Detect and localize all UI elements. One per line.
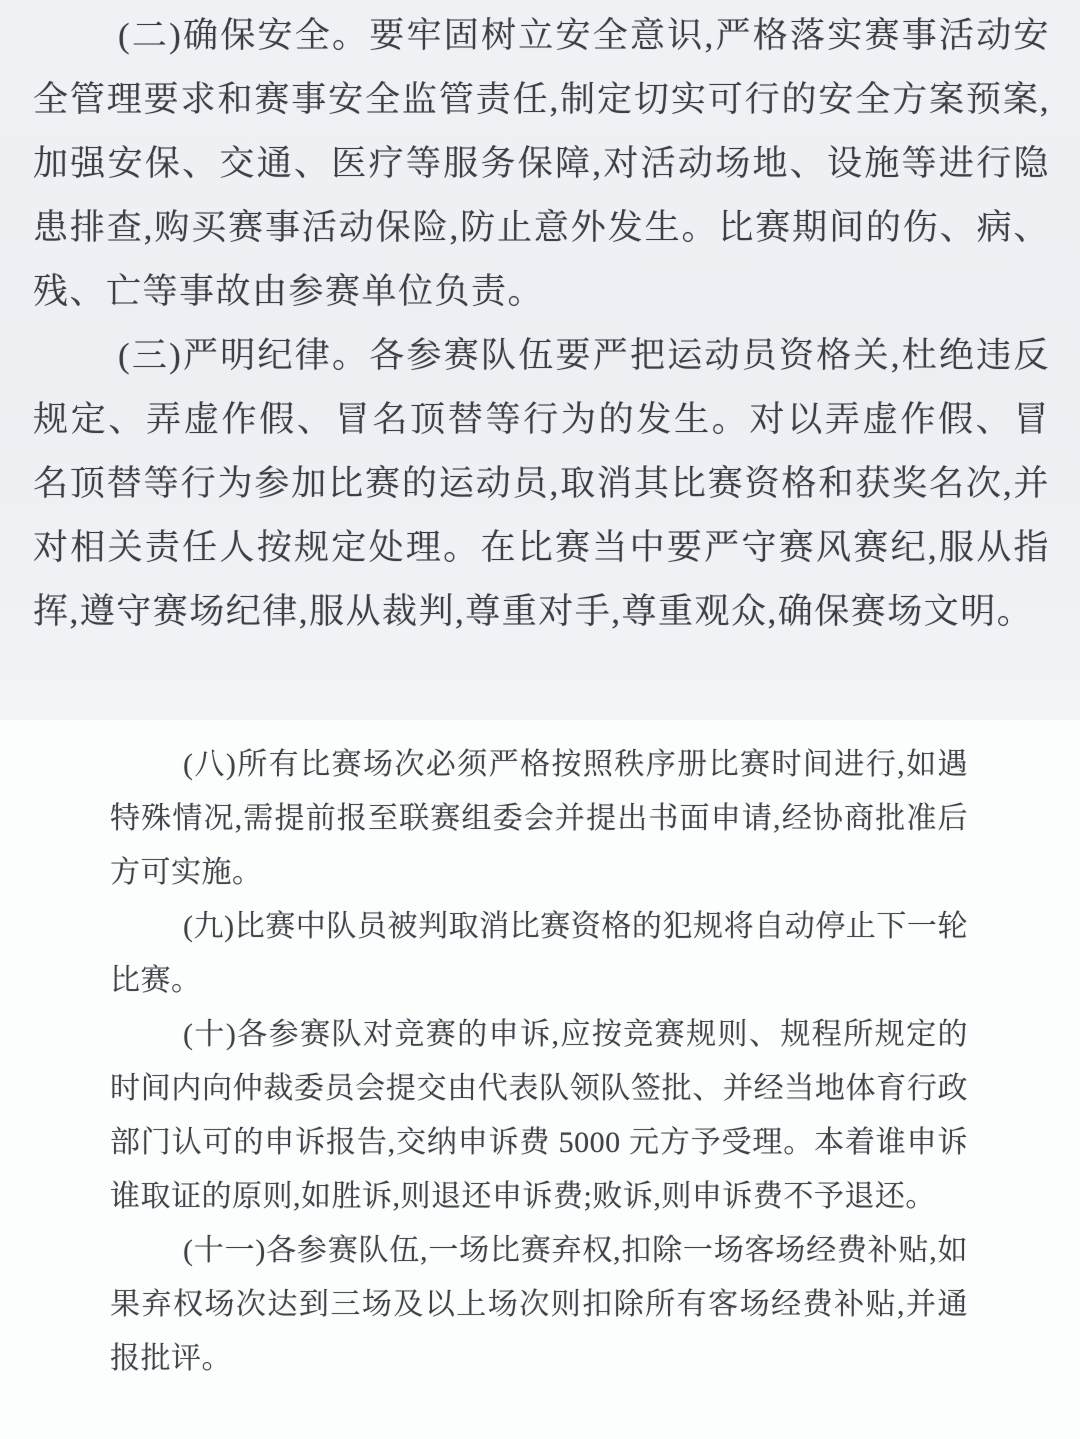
paragraph-item-9: (九)比赛中队员被判取消比赛资格的犯规将自动停止下一轮比赛。	[110, 900, 968, 1008]
paragraph-item-2: (二)确保安全。要牢固树立安全意识,严格落实赛事活动安全管理要求和赛事安全监管责…	[33, 4, 1050, 324]
scanned-document: (二)确保安全。要牢固树立安全意识,严格落实赛事活动安全管理要求和赛事安全监管责…	[0, 0, 1080, 1439]
paragraph-item-11: (十一)各参赛队伍,一场比赛弃权,扣除一场客场经费补贴,如果弃权场次达到三场及以…	[110, 1224, 968, 1386]
paragraph-item-3: (三)严明纪律。各参赛队伍要严把运动员资格关,杜绝违反规定、弄虚作假、冒名顶替等…	[33, 324, 1050, 644]
document-section-top: (二)确保安全。要牢固树立安全意识,严格落实赛事活动安全管理要求和赛事安全监管责…	[0, 0, 1080, 720]
screenshot-root: { "document": { "kind": "scanned-notice-…	[0, 0, 1080, 1439]
paragraph-item-10: (十)各参赛队对竞赛的申诉,应按竞赛规则、规程所规定的时间内向仲裁委员会提交由代…	[110, 1008, 968, 1224]
paragraph-item-8: (八)所有比赛场次必须严格按照秩序册比赛时间进行,如遇特殊情况,需提前报至联赛组…	[110, 738, 968, 900]
document-section-bottom: (八)所有比赛场次必须严格按照秩序册比赛时间进行,如遇特殊情况,需提前报至联赛组…	[0, 720, 1080, 1439]
